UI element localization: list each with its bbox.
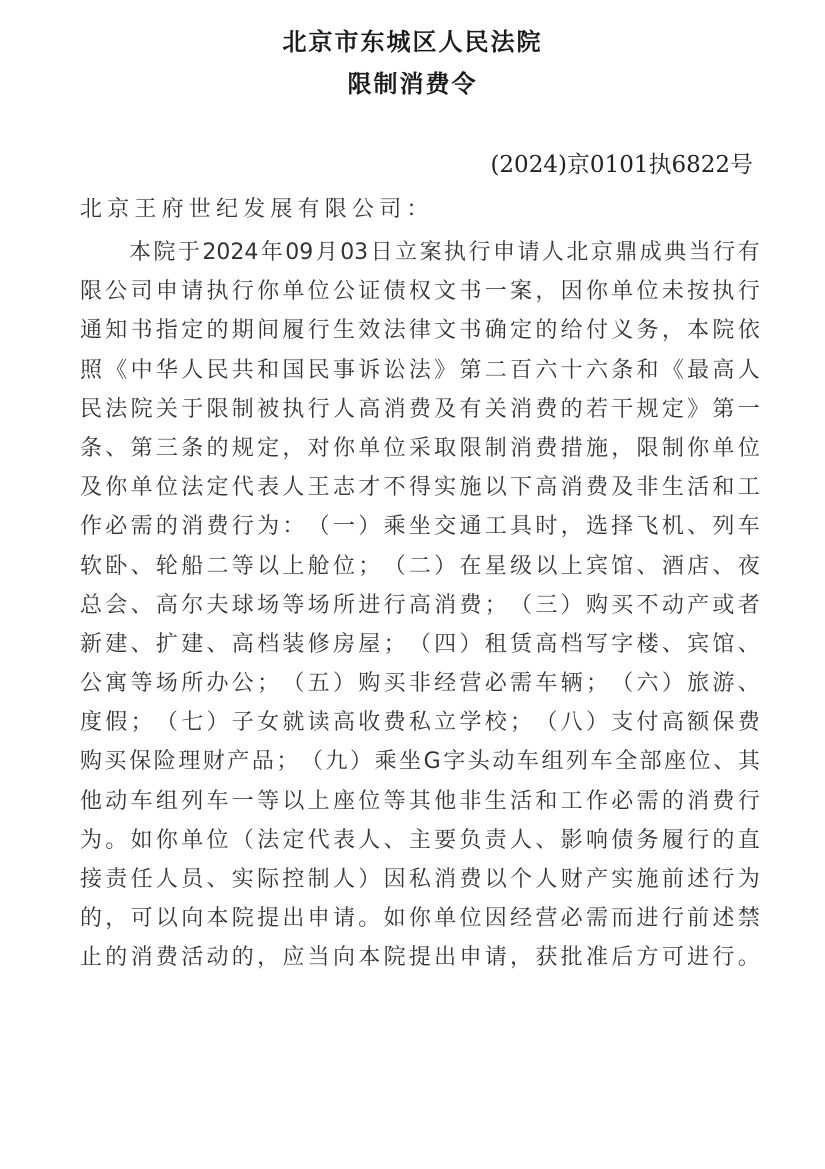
glyph: 财 <box>203 747 225 786</box>
glyph: 寓 <box>105 669 127 708</box>
glyph: 高 <box>535 630 557 669</box>
glyph: 及 <box>80 473 102 512</box>
glyph: 志 <box>333 473 355 512</box>
glyph: （ <box>156 708 178 747</box>
glyph: 准 <box>586 943 608 982</box>
glyph: 卧 <box>105 552 127 591</box>
glyph: （ <box>510 591 532 630</box>
glyph: ； <box>276 747 298 786</box>
glyph: 确 <box>485 316 507 355</box>
body-line: 购买保险理财产品；（九）乘坐G字头动车组列车全部座位、其 <box>80 747 760 786</box>
glyph: 六 <box>586 356 608 395</box>
glyph: 施 <box>637 865 659 904</box>
glyph: 作 <box>80 512 102 551</box>
glyph: 进 <box>687 943 709 982</box>
glyph: 后 <box>611 943 633 982</box>
glyph: 消 <box>687 787 709 826</box>
glyph: 球 <box>232 591 254 630</box>
glyph: 行 <box>384 591 406 630</box>
glyph: 单 <box>181 826 203 865</box>
glyph: 民 <box>80 395 102 434</box>
glyph: 、 <box>535 826 557 865</box>
glyph: ； <box>485 591 507 630</box>
glyph: 履 <box>282 316 304 355</box>
glyph: 成 <box>640 238 662 277</box>
glyph: 费 <box>409 395 431 434</box>
glyph: 限 <box>459 434 481 473</box>
glyph: 工 <box>561 787 583 826</box>
glyph: 、 <box>712 552 734 591</box>
glyph: 软 <box>80 552 102 591</box>
glyph: 院 <box>712 316 734 355</box>
glyph: 一 <box>485 277 507 316</box>
glyph: 生 <box>485 787 507 826</box>
glyph: 列 <box>181 787 203 826</box>
glyph: 通 <box>459 512 481 551</box>
glyph: 院 <box>131 395 153 434</box>
glyph: 人 <box>358 826 380 865</box>
glyph: 行 <box>712 865 734 904</box>
glyph: 定 <box>282 826 304 865</box>
glyph: 交 <box>434 512 456 551</box>
glyph: ， <box>510 943 532 982</box>
glyph: 请 <box>333 904 355 943</box>
glyph: 申 <box>156 277 178 316</box>
glyph: 位 <box>637 277 659 316</box>
glyph: 实 <box>232 865 254 904</box>
glyph: 消 <box>384 395 406 434</box>
glyph: 法 <box>105 395 127 434</box>
glyph: ， <box>561 512 583 551</box>
glyph: 鼎 <box>615 238 637 277</box>
glyph: 夜 <box>738 552 760 591</box>
glyph: 间 <box>257 316 279 355</box>
glyph: 对 <box>308 434 330 473</box>
body-line: 新建、扩建、高档装修房屋；（四）租赁高档写字楼、宾馆、 <box>80 630 760 669</box>
glyph: 》 <box>434 356 456 395</box>
glyph: ， <box>535 277 557 316</box>
glyph: 民 <box>308 356 330 395</box>
glyph: 影 <box>561 826 583 865</box>
glyph: 证 <box>358 277 380 316</box>
glyph: 度 <box>80 708 102 747</box>
glyph: 代 <box>308 826 330 865</box>
glyph: 买 <box>611 591 633 630</box>
glyph: 应 <box>282 943 304 982</box>
body-line: 照《中华人民共和国民事诉讼法》第二百六十六条和《最高人 <box>80 356 760 395</box>
glyph: 给 <box>561 316 583 355</box>
glyph: 立 <box>434 708 456 747</box>
glyph <box>80 238 102 277</box>
glyph: 债 <box>611 826 633 865</box>
body-line: 总会、高尔夫球场等场所进行高消费；（三）购买不动产或者 <box>80 591 760 630</box>
glyph: 轮 <box>156 552 178 591</box>
glyph: 下 <box>510 473 532 512</box>
glyph: 和 <box>257 356 279 395</box>
glyph: 进 <box>358 591 380 630</box>
glyph: 、 <box>206 630 228 669</box>
glyph: 费 <box>459 591 481 630</box>
glyph: 营 <box>535 904 557 943</box>
glyph: 位 <box>358 787 380 826</box>
glyph: 制 <box>232 395 254 434</box>
glyph: 表 <box>257 473 279 512</box>
body-line: 及你单位法定代表人王志才不得实施以下高消费及非生活和工 <box>80 473 760 512</box>
glyph: 租 <box>485 630 507 669</box>
glyph: 字 <box>443 747 465 786</box>
glyph: 二 <box>206 552 228 591</box>
glyph: 非 <box>637 473 659 512</box>
glyph: 位 <box>689 747 711 786</box>
glyph: ） <box>586 708 608 747</box>
glyph: 际 <box>257 865 279 904</box>
glyph: 任 <box>131 865 153 904</box>
glyph: 四 <box>434 630 456 669</box>
glyph: 财 <box>561 865 583 904</box>
glyph: ） <box>662 669 684 708</box>
glyph: 行 <box>308 395 330 434</box>
glyph: 当 <box>689 238 711 277</box>
glyph: 七 <box>181 708 203 747</box>
glyph: 接 <box>80 865 102 904</box>
glyph: 必 <box>611 787 633 826</box>
glyph: 、 <box>206 865 228 904</box>
glyph: 具 <box>510 512 532 551</box>
glyph: 有 <box>738 238 760 277</box>
glyph: 期 <box>232 316 254 355</box>
glyph: 他 <box>434 787 456 826</box>
glyph: 单 <box>712 434 734 473</box>
glyph: 直 <box>738 826 760 865</box>
glyph: 如 <box>384 904 406 943</box>
glyph: 二 <box>409 552 431 591</box>
body-text: 本院于2024年09月03日立案执行申请人北京鼎成典当行有 限公司申请执行你单位… <box>80 238 760 983</box>
glyph: （ <box>409 630 431 669</box>
glyph: 上 <box>308 787 330 826</box>
glyph: 等 <box>384 787 406 826</box>
glyph: 前 <box>687 904 709 943</box>
glyph: 止 <box>80 943 102 982</box>
glyph: 定 <box>510 316 532 355</box>
glyph: 请 <box>485 943 507 982</box>
glyph: 高 <box>333 708 355 747</box>
glyph: 按 <box>687 277 709 316</box>
glyph: 非 <box>409 669 431 708</box>
glyph: 责 <box>485 826 507 865</box>
glyph: 私 <box>409 865 431 904</box>
glyph: 若 <box>586 395 608 434</box>
glyph: 办 <box>206 669 228 708</box>
glyph: （ <box>384 552 406 591</box>
glyph: ； <box>510 708 532 747</box>
glyph: 律 <box>409 316 431 355</box>
glyph: 公 <box>105 277 127 316</box>
glyph: 关 <box>156 395 178 434</box>
glyph: 限 <box>206 395 228 434</box>
glyph: 动 <box>492 747 514 786</box>
glyph: 方 <box>637 943 659 982</box>
glyph: 法 <box>181 473 203 512</box>
glyph: 讼 <box>384 356 406 395</box>
glyph: 支 <box>611 708 633 747</box>
glyph: 高 <box>662 708 684 747</box>
glyph: 的 <box>712 826 734 865</box>
glyph: 的 <box>156 512 178 551</box>
glyph: 你 <box>333 434 355 473</box>
glyph: 你 <box>409 904 431 943</box>
glyph: 档 <box>561 630 583 669</box>
glyph: 。 <box>738 943 760 982</box>
glyph: 理 <box>178 747 200 786</box>
glyph: 书 <box>131 316 153 355</box>
glyph: 本 <box>206 904 228 943</box>
glyph: 学 <box>459 708 481 747</box>
glyph: 人 <box>333 865 355 904</box>
glyph: 馆 <box>611 552 633 591</box>
glyph: 为 <box>738 865 760 904</box>
glyph: ； <box>358 552 380 591</box>
glyph: ； <box>131 708 153 747</box>
glyph: 行 <box>687 826 709 865</box>
glyph: 的 <box>80 904 102 943</box>
glyph: 定 <box>181 316 203 355</box>
glyph: 效 <box>358 316 380 355</box>
glyph: ； <box>257 669 279 708</box>
glyph: 的 <box>662 787 684 826</box>
glyph: 、 <box>738 669 760 708</box>
glyph: 工 <box>485 512 507 551</box>
glyph: 必 <box>485 669 507 708</box>
glyph: 位 <box>156 473 178 512</box>
glyph: ） <box>459 630 481 669</box>
glyph: 费 <box>384 708 406 747</box>
glyph: 限 <box>637 434 659 473</box>
glyph: 债 <box>384 277 406 316</box>
glyph: 申 <box>493 238 515 277</box>
glyph: 诉 <box>358 356 380 395</box>
glyph: 以 <box>485 865 507 904</box>
glyph: 王 <box>308 473 330 512</box>
glyph: 私 <box>409 708 431 747</box>
glyph: 的 <box>105 943 127 982</box>
glyph: ） <box>561 591 583 630</box>
glyph: 你 <box>687 434 709 473</box>
glyph: 修 <box>308 630 330 669</box>
glyph: 公 <box>333 277 355 316</box>
glyph: 一 <box>232 787 254 826</box>
glyph: ， <box>105 904 127 943</box>
glyph: 出 <box>434 943 456 982</box>
glyph: （ <box>535 708 557 747</box>
glyph: 负 <box>459 826 481 865</box>
glyph: 费 <box>712 787 734 826</box>
glyph: 一 <box>738 395 760 434</box>
glyph: ， <box>282 434 304 473</box>
glyph: 、 <box>687 512 709 551</box>
glyph: 飞 <box>637 512 659 551</box>
glyph: 、 <box>713 747 735 786</box>
glyph: 额 <box>687 708 709 747</box>
glyph: 行 <box>232 512 254 551</box>
addressee: 北京王府世纪发展有限公司： <box>80 192 434 223</box>
glyph: 要 <box>434 826 456 865</box>
glyph: 行 <box>232 277 254 316</box>
glyph: 禁 <box>738 904 760 943</box>
glyph: 照 <box>80 356 102 395</box>
glyph: （ <box>232 826 254 865</box>
glyph: 舱 <box>308 552 330 591</box>
glyph: 所 <box>181 669 203 708</box>
body-line: 软卧、轮船二等以上舱位；（二）在星级以上宾馆、酒店、夜 <box>80 552 760 591</box>
glyph: 人 <box>738 356 760 395</box>
body-line: 本院于2024年09月03日立案执行申请人北京鼎成典当行有 <box>80 238 760 277</box>
glyph: 动 <box>662 591 684 630</box>
glyph: 楼 <box>637 630 659 669</box>
glyph: 六 <box>535 356 557 395</box>
glyph: 务 <box>637 316 659 355</box>
glyph: 一 <box>333 512 355 551</box>
court-name: 北京市东城区人民法院 <box>0 22 825 57</box>
glyph: 响 <box>586 826 608 865</box>
glyph: 执 <box>206 277 228 316</box>
glyph: 行 <box>738 787 760 826</box>
glyph: 行 <box>712 943 734 982</box>
glyph: 高 <box>712 356 734 395</box>
glyph: 消 <box>181 512 203 551</box>
glyph: 以 <box>156 904 178 943</box>
glyph: 请 <box>181 277 203 316</box>
glyph: 场 <box>257 591 279 630</box>
body-line: 为。如你单位（法定代表人、主要负责人、影响债务履行的直 <box>80 826 760 865</box>
glyph: 等 <box>282 591 304 630</box>
glyph: 六 <box>637 669 659 708</box>
body-line: 度假；（七）子女就读高收费私立学校；（八）支付高额保费 <box>80 708 760 747</box>
glyph: 法 <box>257 826 279 865</box>
glyph: 因 <box>384 865 406 904</box>
glyph: 船 <box>181 552 203 591</box>
glyph: 高 <box>232 630 254 669</box>
glyph: 假 <box>105 708 127 747</box>
glyph: 院 <box>384 943 406 982</box>
glyph: 三 <box>535 591 557 630</box>
glyph: 中 <box>131 356 153 395</box>
glyph: 民 <box>206 356 228 395</box>
glyph: 因 <box>561 277 583 316</box>
glyph: （ <box>611 669 633 708</box>
glyph: 建 <box>105 630 127 669</box>
glyph: ） <box>358 512 380 551</box>
glyph: 乘 <box>375 747 397 786</box>
glyph: 获 <box>535 943 557 982</box>
glyph: 第 <box>459 356 481 395</box>
body-line: 条、第三条的规定，对你单位采取限制消费措施，限制你单位 <box>80 434 760 473</box>
glyph: 时 <box>535 512 557 551</box>
glyph: 向 <box>333 943 355 982</box>
glyph: 乘 <box>384 512 406 551</box>
glyph: ） <box>206 708 228 747</box>
glyph: 的 <box>561 395 583 434</box>
glyph: 条 <box>80 434 102 473</box>
glyph: 扩 <box>156 630 178 669</box>
glyph: 全 <box>615 747 637 786</box>
glyph: 尔 <box>181 591 203 630</box>
body-line: 民法院关于限制被执行人高消费及有关消费的若干规定》第一 <box>80 395 760 434</box>
glyph: 案 <box>420 238 442 277</box>
glyph: 批 <box>561 943 583 982</box>
glyph: 的 <box>535 316 557 355</box>
case-number: (2024)京0101执6822号 <box>490 146 753 179</box>
glyph: 场 <box>308 591 330 630</box>
document-title: 限制消费令 <box>0 64 825 99</box>
body-line: 通知书指定的期间履行生效法律文书确定的给付义务，本院依 <box>80 316 760 355</box>
glyph: 条 <box>611 356 633 395</box>
glyph: ） <box>350 747 372 786</box>
glyph: 生 <box>662 473 684 512</box>
glyph: 活 <box>510 787 532 826</box>
body-line: 限公司申请执行你单位公证债权文书一案，因你单位未按执行 <box>80 277 760 316</box>
glyph: 单 <box>358 434 380 473</box>
glyph: 百 <box>510 356 532 395</box>
glyph: 执 <box>282 395 304 434</box>
glyph: 实 <box>611 865 633 904</box>
glyph: 选 <box>586 512 608 551</box>
glyph: 定 <box>257 434 279 473</box>
glyph: 不 <box>637 591 659 630</box>
glyph: 定 <box>206 473 228 512</box>
glyph: 提 <box>257 904 279 943</box>
glyph: 干 <box>611 395 633 434</box>
glyph: 才 <box>358 473 380 512</box>
glyph: 所 <box>333 591 355 630</box>
body-line: 公寓等场所办公；（五）购买非经营必需车辆；（六）旅游、 <box>80 669 760 708</box>
glyph: 装 <box>282 630 304 669</box>
glyph: 消 <box>131 943 153 982</box>
glyph: 上 <box>561 552 583 591</box>
glyph: 、 <box>131 630 153 669</box>
glyph: 费 <box>206 512 228 551</box>
glyph: 而 <box>611 904 633 943</box>
glyph: 规 <box>232 434 254 473</box>
glyph: 可 <box>131 904 153 943</box>
glyph: 实 <box>434 473 456 512</box>
glyph: 的 <box>206 316 228 355</box>
glyph: 部 <box>640 747 662 786</box>
glyph: 人 <box>542 238 564 277</box>
glyph: 为 <box>257 512 279 551</box>
glyph: ； <box>384 630 406 669</box>
glyph: 取 <box>434 434 456 473</box>
glyph: 向 <box>181 904 203 943</box>
glyph: 第 <box>712 395 734 434</box>
glyph: 采 <box>409 434 431 473</box>
glyph: 收 <box>358 708 380 747</box>
glyph: 03 <box>340 238 368 277</box>
glyph: 购 <box>586 591 608 630</box>
glyph: 的 <box>206 434 228 473</box>
glyph: 行 <box>469 238 491 277</box>
glyph: 场 <box>156 669 178 708</box>
glyph: 八 <box>561 708 583 747</box>
glyph: 执 <box>712 277 734 316</box>
glyph: 进 <box>637 904 659 943</box>
glyph: 不 <box>384 473 406 512</box>
glyph: 付 <box>637 708 659 747</box>
glyph: 人 <box>535 865 557 904</box>
glyph: 旅 <box>687 669 709 708</box>
glyph: 位 <box>738 434 760 473</box>
glyph: 本 <box>358 943 380 982</box>
glyph: （ <box>308 512 330 551</box>
